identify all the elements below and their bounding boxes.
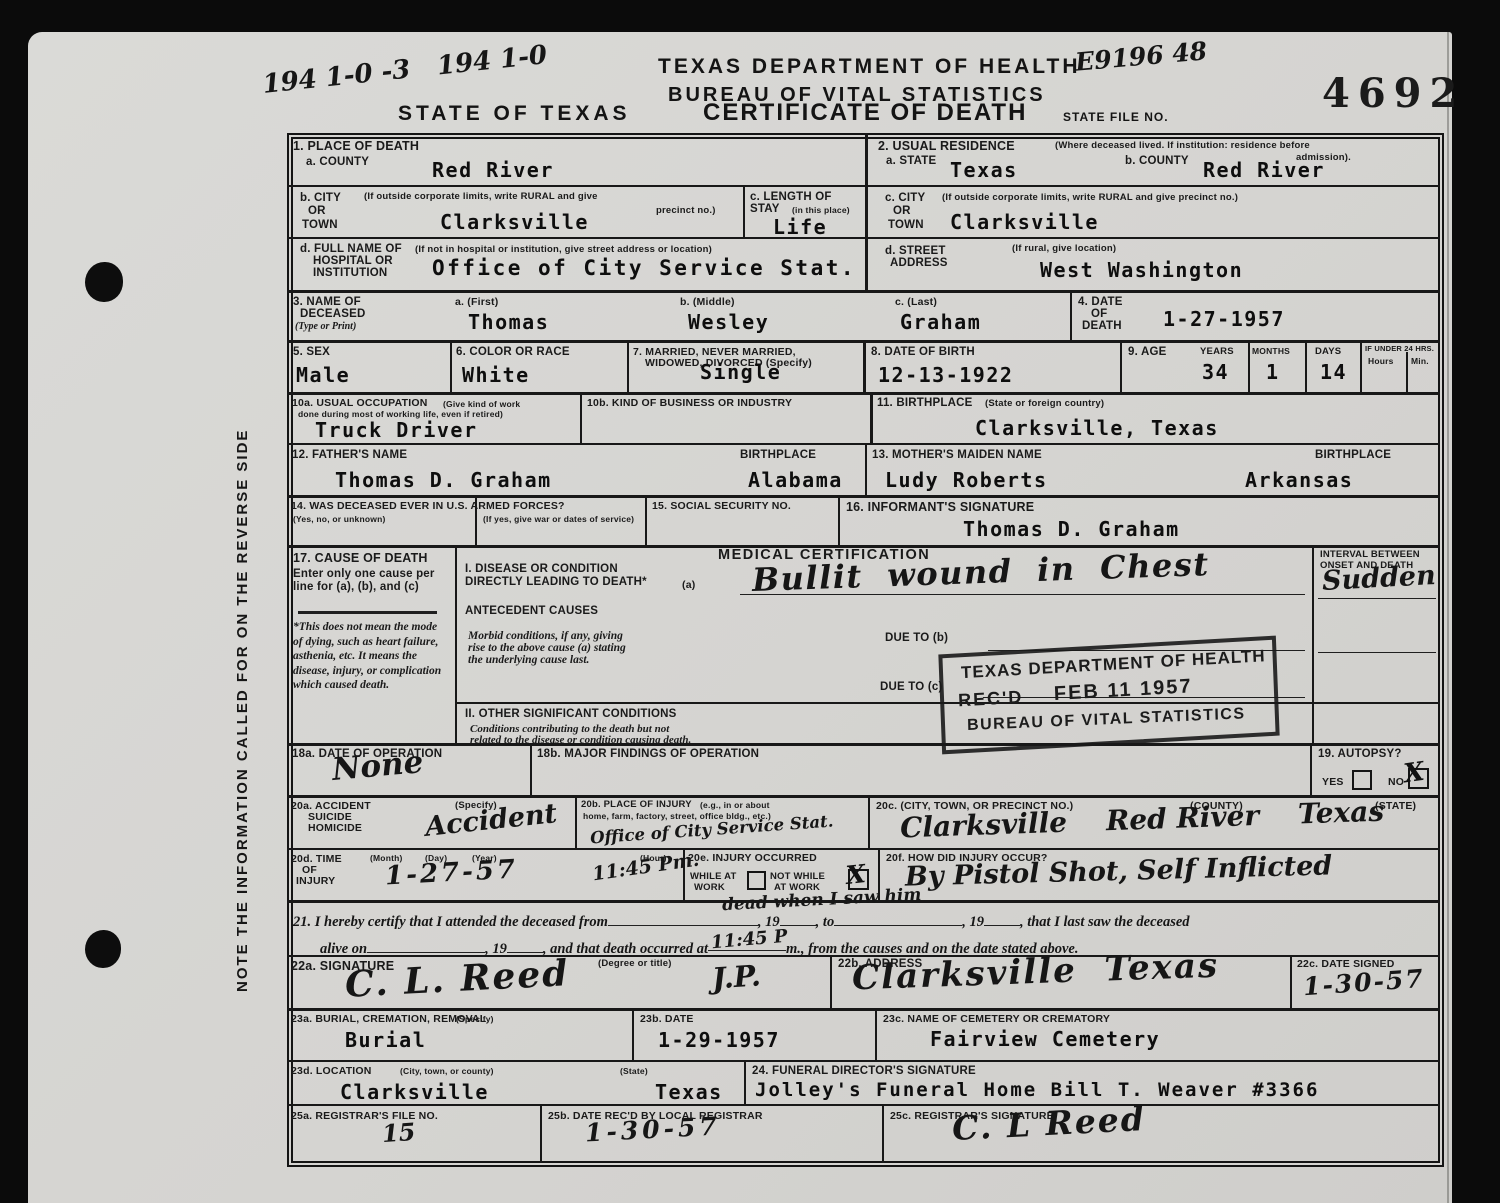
grid-line — [287, 1060, 1440, 1062]
s4-label2: OF — [1091, 308, 1107, 320]
s17-antecedent: ANTECEDENT CAUSES — [465, 605, 598, 617]
grid-line — [575, 795, 577, 848]
s19-no-x-mark: X — [1402, 757, 1426, 790]
grid-line — [287, 795, 1440, 798]
s17-i-label: I. DISEASE OR CONDITION — [465, 563, 618, 575]
s9-months-label: MONTHS — [1252, 346, 1290, 356]
grid-line — [455, 545, 457, 743]
s3-title: 3. NAME OF — [293, 296, 361, 308]
s21-t1: 21. I hereby certify that I attended the… — [293, 914, 608, 930]
s14-label: 14. WAS DECEASED EVER IN U.S. ARMED FORC… — [291, 500, 565, 512]
s5-label: 5. SEX — [293, 346, 330, 358]
s1-stay-value: Life — [773, 215, 827, 239]
s20e-while-checkbox[interactable] — [747, 871, 766, 890]
s21-t5: , that I last saw the deceased — [1020, 914, 1190, 930]
s3-first-value: Thomas — [468, 310, 549, 334]
s3-first-label: a. (First) — [455, 296, 498, 308]
paper-edge-line — [1447, 32, 1449, 1203]
s11-note: (State or foreign country) — [985, 398, 1104, 409]
s4-value: 1-27-1957 — [1163, 307, 1285, 331]
s6-value: White — [462, 363, 530, 387]
s21-blank2 — [780, 912, 816, 926]
received-stamp: TEXAS DEPARTMENT OF HEALTH REC'D FEB 11 … — [938, 636, 1279, 755]
s5-value: Male — [296, 363, 350, 387]
s9-label: 9. AGE — [1128, 346, 1166, 358]
grid-line — [287, 848, 1440, 850]
s21-blank3 — [834, 912, 962, 926]
grid-line — [1120, 340, 1122, 392]
grid-line — [287, 1008, 1440, 1011]
grid-line — [870, 392, 873, 443]
s24-value: Jolley's Funeral Home Bill T. Weaver #33… — [755, 1079, 1319, 1101]
s17-due-c-label: DUE TO (c) — [880, 681, 943, 693]
s1-title: 1. PLACE OF DEATH — [293, 139, 419, 153]
s9-months-value: 1 — [1266, 360, 1280, 384]
s20e-notwhile-label: NOT WHILE — [770, 871, 825, 882]
s2-city-label: c. CITY — [885, 192, 925, 204]
s1-hosp-label3: INSTITUTION — [313, 267, 387, 279]
s1-stay-label: c. LENGTH OF — [750, 191, 832, 203]
s20e-notwhile-x-mark: X — [845, 859, 867, 890]
s12-value: Thomas D. Graham — [335, 468, 552, 492]
grid-line — [1290, 955, 1292, 1008]
s2-street-value: West Washington — [1040, 258, 1243, 282]
s2-state-label: a. STATE — [886, 155, 936, 167]
s21-blank6 — [507, 939, 543, 953]
s17-morbid1: Morbid conditions, if any, giving — [468, 630, 623, 642]
s3-last-label: c. (Last) — [895, 296, 937, 308]
s9-min-label: Min. — [1411, 356, 1429, 366]
s1-city-label: b. CITY — [300, 192, 341, 204]
s10b-label: 10b. KIND OF BUSINESS OR INDUSTRY — [587, 397, 792, 409]
s17-note1: Enter only one cause per — [293, 568, 435, 580]
s4-label3: DEATH — [1082, 320, 1122, 332]
grid-line — [1406, 352, 1408, 392]
s17-morbid3: the underlying cause last. — [468, 654, 589, 666]
grid-line — [868, 795, 870, 848]
s12-birthplace-value: Alabama — [748, 468, 843, 492]
s11-value: Clarksville, Texas — [975, 416, 1219, 440]
s10a-label: 10a. USUAL OCCUPATION — [292, 397, 427, 409]
grid-line — [450, 340, 452, 392]
s23d-state-value: Texas — [655, 1080, 723, 1104]
s1-hospital-value: Office of City Service Stat. — [432, 256, 856, 280]
s9-days-value: 14 — [1320, 360, 1347, 384]
s9-hours-label: Hours — [1368, 356, 1394, 366]
grid-line — [1312, 545, 1314, 743]
s7-value: Single — [700, 360, 781, 384]
s20e-label: 20e. INJURY OCCURRED — [688, 852, 817, 864]
s11-label: 11. BIRTHPLACE — [877, 397, 972, 409]
s17-note1b: line for (a), (b), and (c) — [293, 581, 419, 593]
s21-blank4 — [984, 912, 1020, 926]
s20e-while-label2: WORK — [694, 882, 725, 893]
s8-value: 12-13-1922 — [878, 363, 1013, 387]
grid-line — [627, 340, 629, 392]
s2-county-label: b. COUNTY — [1125, 155, 1189, 167]
s3-last-value: Graham — [900, 310, 981, 334]
grid-line — [875, 1008, 877, 1060]
grid-line — [1360, 340, 1362, 392]
s20e-while-label: WHILE AT — [690, 871, 736, 882]
s20d-label3: INJURY — [296, 875, 335, 887]
stamp-recd: REC'D — [958, 687, 1024, 712]
s17-note2: *This does not mean the mode of dying, s… — [293, 620, 447, 693]
s1-stay-note: (in this place) — [792, 205, 850, 215]
s2-title: 2. USUAL RESIDENCE — [878, 139, 1015, 153]
s13-value: Ludy Roberts — [885, 468, 1048, 492]
s15-label: 15. SOCIAL SECURITY NO. — [652, 500, 791, 512]
s9-years-value: 34 — [1202, 360, 1229, 384]
s12-label: 12. FATHER'S NAME — [292, 449, 407, 461]
grid-line — [1310, 743, 1312, 795]
s21-t3: , to — [816, 914, 835, 930]
interval-line2 — [1318, 652, 1436, 653]
s1-stay-label2: STAY — [750, 203, 780, 215]
s17-ii-note2: related to the disease or condition caus… — [470, 734, 691, 746]
s9-days-label: DAYS — [1315, 346, 1341, 357]
scanned-death-certificate: { "scribble_top_left": "194 1-0 -3 194 1… — [0, 0, 1500, 1203]
grid-line — [287, 392, 1440, 395]
s17-i-label2: DIRECTLY LEADING TO DEATH* — [465, 576, 647, 588]
s12-birthplace-label: BIRTHPLACE — [740, 449, 816, 461]
s1-county-value: Red River — [432, 158, 554, 182]
s19-yes-checkbox[interactable] — [1352, 770, 1372, 790]
s23d-note: (City, town, or county) — [400, 1066, 494, 1076]
s23a-note: (Specify) — [456, 1014, 494, 1024]
s2-title-note: (Where deceased lived. If institution: r… — [1055, 140, 1310, 151]
s1-city-label-town: TOWN — [302, 219, 338, 231]
s2-city-value: Clarksville — [950, 210, 1099, 234]
header-department: TEXAS DEPARTMENT OF HEALTH — [658, 55, 1081, 79]
s23c-value: Fairview Cemetery — [930, 1027, 1160, 1051]
s2-street-label2: ADDRESS — [890, 257, 948, 269]
s17-i-a: (a) — [682, 579, 695, 591]
grid-line — [1248, 340, 1250, 392]
s2-city-note: (If outside corporate limits, write RURA… — [942, 192, 1238, 203]
grid-line — [865, 133, 868, 290]
header-state-of-texas: STATE OF TEXAS — [398, 102, 631, 126]
punch-hole-bottom — [85, 930, 121, 968]
s1-city-note: (If outside corporate limits, write RURA… — [364, 191, 598, 202]
s20b-label: 20b. PLACE OF INJURY — [581, 799, 692, 810]
s23c-label: 23c. NAME OF CEMETERY OR CREMATORY — [883, 1013, 1110, 1025]
s21-blank7: 11:45 P — [708, 937, 786, 951]
s1-county-label: a. COUNTY — [306, 156, 369, 168]
s21-blank5 — [367, 939, 485, 953]
s2-city-label-or: OR — [893, 205, 911, 217]
s9-years-label: YEARS — [1200, 346, 1234, 357]
s16-label: 16. INFORMANT'S SIGNATURE — [846, 500, 1034, 514]
s8-label: 8. DATE OF BIRTH — [871, 346, 975, 358]
s21-t4: , 19 — [962, 914, 984, 930]
s20a-label3: HOMICIDE — [308, 822, 362, 834]
s16-value: Thomas D. Graham — [963, 517, 1180, 541]
s23d-state-note: (State) — [620, 1066, 648, 1076]
s2-county-value: Red River — [1203, 158, 1325, 182]
s19-no-label: NO — [1388, 776, 1404, 788]
s2-street-label: d. STREET — [885, 245, 946, 257]
grid-line — [287, 743, 1440, 746]
s25a-label: 25a. REGISTRAR'S FILE NO. — [291, 1110, 438, 1122]
s14-note2: (If yes, give war or dates of service) — [483, 514, 634, 524]
stamp-line1: TEXAS DEPARTMENT OF HEALTH — [961, 646, 1266, 683]
s24-label: 24. FUNERAL DIRECTOR'S SIGNATURE — [752, 1065, 976, 1077]
header-title: CERTIFICATE OF DEATH — [703, 99, 1027, 127]
s21-blank1 — [608, 912, 758, 926]
s19-label: 19. AUTOPSY? — [1318, 748, 1402, 760]
grid-line — [287, 1104, 1440, 1106]
grid-line — [863, 340, 866, 392]
s18b-label: 18b. MAJOR FINDINGS OF OPERATION — [537, 748, 759, 760]
grid-line — [882, 1104, 884, 1163]
grid-line — [744, 1060, 746, 1104]
s17-ii-label: II. OTHER SIGNIFICANT CONDITIONS — [465, 708, 677, 720]
grid-line — [645, 495, 647, 545]
s23a-value: Burial — [345, 1028, 426, 1052]
s23b-value: 1-29-1957 — [658, 1028, 780, 1052]
s22a-degree-value: J.P. — [711, 958, 762, 995]
s2-state-value: Texas — [950, 158, 1018, 182]
grid-line — [287, 443, 1440, 445]
s3-title2: DECEASED — [300, 308, 366, 320]
s21-line1: 21. I hereby certify that I attended the… — [293, 912, 1190, 931]
s9-under24-label: IF UNDER 24 HRS. — [1365, 344, 1434, 353]
grid-line — [287, 290, 1440, 293]
s20b-note: (e.g., in or about — [700, 800, 770, 810]
grid-line — [287, 495, 1440, 498]
grid-line — [838, 495, 840, 545]
grid-line — [632, 1008, 634, 1060]
grid-line — [1305, 340, 1307, 392]
s22a-degree-label: (Degree or title) — [598, 958, 672, 969]
s3-middle-label: b. (Middle) — [680, 296, 735, 308]
s13-birthplace-label: BIRTHPLACE — [1315, 449, 1391, 461]
grid-line — [530, 743, 532, 795]
s1-hosp-label: d. FULL NAME OF — [300, 243, 402, 255]
s13-birthplace-value: Arkansas — [1245, 468, 1353, 492]
state-file-no-label: STATE FILE NO. — [1063, 110, 1169, 124]
s19-yes-label: YES — [1322, 776, 1344, 788]
grid-line — [580, 392, 582, 443]
s1-city-value: Clarksville — [440, 210, 589, 234]
s1-hosp-label2: HOSPITAL OR — [313, 255, 393, 267]
s14-note: (Yes, no, or unknown) — [293, 514, 386, 524]
s17-morbid2: rise to the above cause (a) stating — [468, 642, 626, 654]
s23b-label: 23b. DATE — [640, 1013, 694, 1025]
s10a-value: Truck Driver — [315, 418, 478, 442]
s25a-value: 15 — [381, 1117, 416, 1148]
grid-line — [865, 443, 867, 495]
s21-t6: alive on — [320, 941, 367, 957]
s23d-city-value: Clarksville — [340, 1080, 489, 1104]
s17-interval-value: Sudden — [1321, 560, 1436, 597]
s6-label: 6. COLOR OR RACE — [456, 346, 570, 358]
grid-line — [287, 237, 1440, 239]
s2-street-note: (If rural, give location) — [1012, 243, 1116, 254]
punch-hole-top — [85, 262, 123, 302]
s1-hosp-note: (If not in hospital or institution, give… — [415, 244, 712, 255]
s17-label: 17. CAUSE OF DEATH — [293, 551, 428, 565]
grid-line — [540, 1104, 542, 1163]
grid-line — [1070, 290, 1072, 340]
s1-city-label-or: OR — [308, 205, 326, 217]
s23d-label: 23d. LOCATION — [291, 1065, 372, 1077]
s3-title-note: (Type or Print) — [295, 321, 356, 332]
s3-middle-value: Wesley — [688, 310, 769, 334]
interval-line — [1318, 598, 1436, 599]
s17-due-b-label: DUE TO (b) — [885, 632, 948, 644]
s10a-note: (Give kind of work — [443, 399, 520, 409]
stamp-line3: BUREAU OF VITAL STATISTICS — [967, 705, 1246, 735]
s17-interval-label: INTERVAL BETWEEN — [1320, 549, 1420, 560]
certificate-number: 4692 — [1322, 70, 1465, 117]
grid-line — [287, 185, 1440, 187]
margin-note: NOTE THE INFORMATION CALLED FOR ON THE R… — [234, 292, 251, 992]
divider-rule — [298, 611, 437, 614]
grid-line — [743, 185, 745, 237]
s1-city-note2: precinct no.) — [656, 205, 716, 216]
s4-label: 4. DATE — [1078, 296, 1123, 308]
s2-city-label-town: TOWN — [888, 219, 924, 231]
stamp-date: FEB 11 1957 — [1054, 675, 1193, 706]
s13-label: 13. MOTHER'S MAIDEN NAME — [872, 449, 1042, 461]
grid-line — [830, 955, 832, 1008]
